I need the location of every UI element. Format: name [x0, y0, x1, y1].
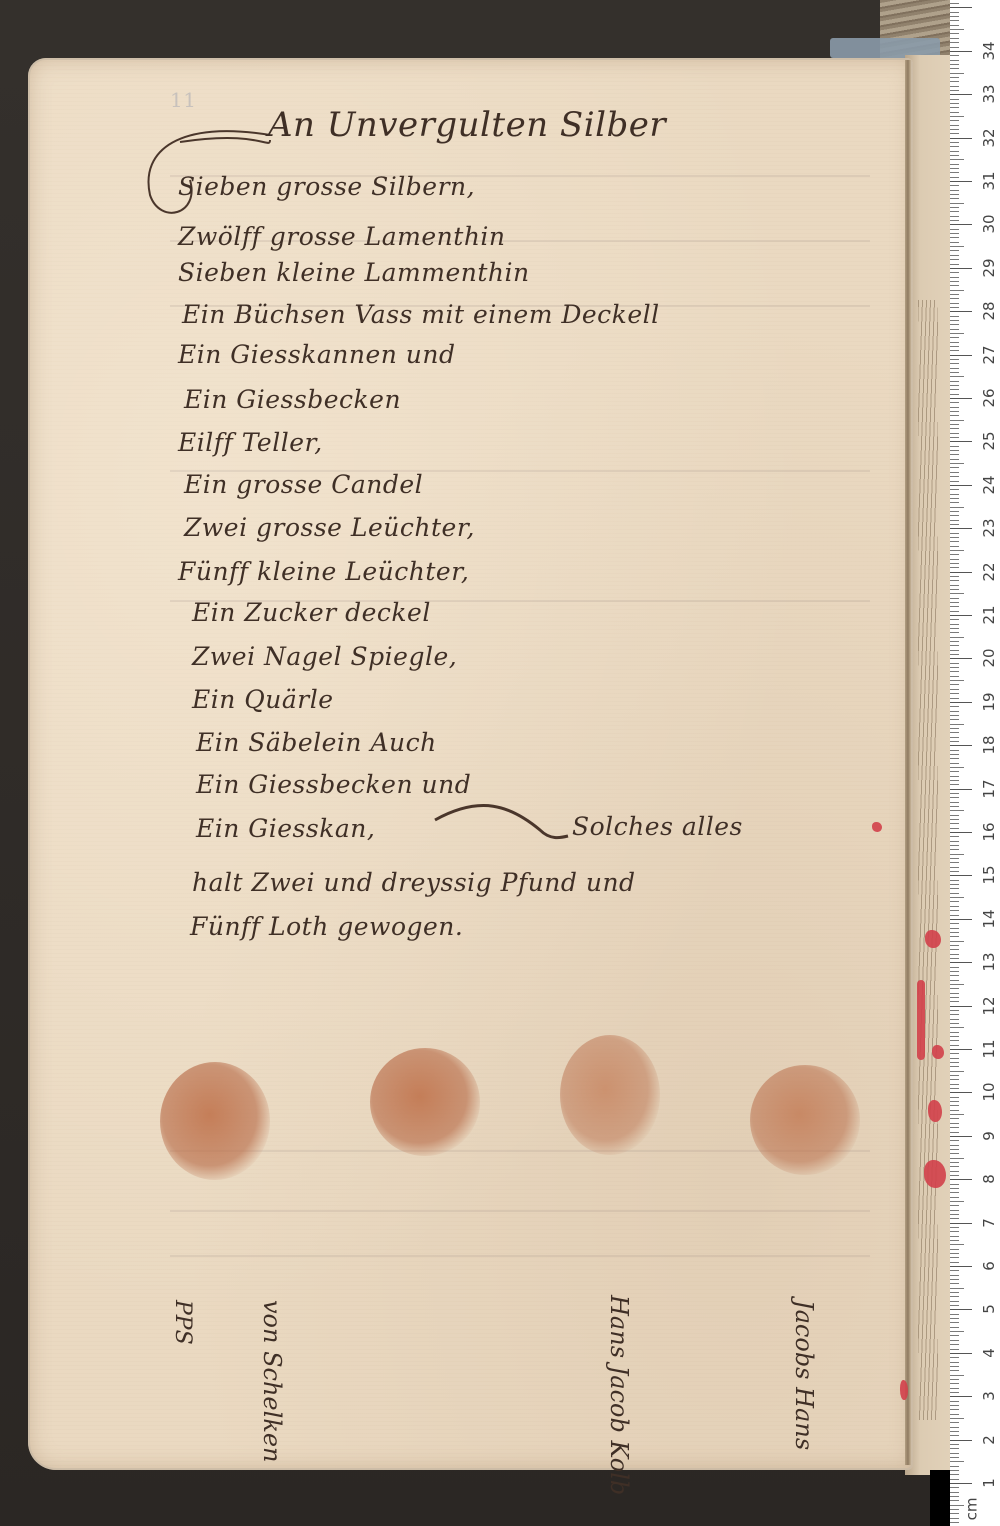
- ruler-tick: [950, 233, 959, 234]
- ruler-tick: [950, 988, 959, 989]
- ruler-tick: [950, 1001, 959, 1002]
- manuscript-line: Zwei grosse Leüchter,: [184, 513, 475, 542]
- ruler-label: 24: [981, 474, 997, 496]
- ruler-tick: [950, 641, 959, 642]
- ruler-tick: [950, 554, 959, 555]
- ruler-tick: [950, 155, 959, 156]
- ruler-tick: [950, 1513, 959, 1514]
- ruler-tick: [950, 632, 959, 633]
- ruler-tick: [950, 1032, 959, 1033]
- ruler-tick: [950, 290, 964, 291]
- ruler-tick: [950, 1132, 959, 1133]
- ruler-tick: [950, 229, 959, 230]
- ruler-tick: [950, 867, 959, 868]
- ruler-tick: [950, 259, 959, 260]
- ruler-tick: [950, 1201, 964, 1202]
- ruler-tick: [950, 33, 959, 34]
- ruler-tick: [950, 1522, 959, 1523]
- ruler-label: 16: [981, 821, 997, 843]
- ruler-tick: [950, 7, 972, 8]
- ruler-tick: [950, 224, 972, 225]
- red-wax-fragment: [925, 930, 941, 948]
- ruler-label: 9: [981, 1125, 997, 1147]
- ruler-tick: [950, 1479, 959, 1480]
- ruler-tick: [950, 337, 959, 338]
- ruler-tick: [950, 86, 959, 87]
- ruler-tick: [950, 1127, 959, 1128]
- ruler-tick: [950, 1214, 959, 1215]
- ruler-tick: [950, 533, 959, 534]
- ruler-tick: [950, 698, 959, 699]
- ruler-tick: [950, 307, 959, 308]
- ruler-tick: [950, 1205, 959, 1206]
- manuscript-line: Zwölff grosse Lamenthin: [178, 222, 506, 251]
- ruler-tick: [950, 1301, 959, 1302]
- ruler-tick: [950, 693, 959, 694]
- ruler-tick: [950, 20, 959, 21]
- manuscript-line: Fünff kleine Leüchter,: [178, 557, 469, 586]
- scan-background-corner: [930, 1470, 950, 1526]
- ruler-tick: [950, 1518, 959, 1519]
- ruler-tick: [950, 463, 964, 464]
- ruler-tick: [950, 919, 972, 920]
- ruler-tick: [950, 1019, 959, 1020]
- ruler-tick: [950, 541, 959, 542]
- ruler-tick: [950, 177, 959, 178]
- ruler-label: 6: [981, 1255, 997, 1277]
- red-wax-fragment: [900, 1380, 908, 1400]
- manuscript-line: Ein Giesskan,: [196, 814, 375, 843]
- ruler-tick: [950, 277, 959, 278]
- ruler-tick: [950, 745, 972, 746]
- ruler-tick: [950, 880, 959, 881]
- ruler-tick: [950, 368, 959, 369]
- ruler-tick: [950, 168, 959, 169]
- ruler-tick: [950, 1370, 959, 1371]
- ruler-tick: [950, 702, 972, 703]
- ruler-tick: [950, 103, 959, 104]
- ruler-tick: [950, 1097, 959, 1098]
- ruler-tick: [950, 611, 959, 612]
- ruler-tick: [950, 945, 959, 946]
- ruler-label: 20: [981, 647, 997, 669]
- ruler-tick: [950, 789, 972, 790]
- ruler-tick: [950, 203, 964, 204]
- ruler-tick: [950, 615, 972, 616]
- ruler-tick: [950, 3, 959, 4]
- ruler-tick: [950, 1036, 959, 1037]
- ruler-tick: [950, 528, 972, 529]
- ruler-tick: [950, 16, 959, 17]
- ruler-tick: [950, 524, 959, 525]
- ruler-tick: [950, 47, 959, 48]
- bracket-flourish: [430, 800, 570, 860]
- ruler-label: 3: [981, 1385, 997, 1407]
- ruler-tick: [950, 888, 959, 889]
- ruler-tick: [950, 112, 959, 113]
- ruler-tick: [950, 1223, 972, 1224]
- ruler-tick: [950, 884, 959, 885]
- ruler-tick: [950, 1388, 959, 1389]
- ruler-tick: [950, 255, 959, 256]
- ruler-tick: [950, 515, 959, 516]
- ruler-tick: [950, 1171, 959, 1172]
- manuscript-line: Ein Säbelein Auch: [196, 728, 437, 757]
- ruler-tick: [950, 628, 959, 629]
- ruler-tick: [950, 793, 959, 794]
- bleed-through-line: [170, 1255, 870, 1257]
- ruler-tick: [950, 1197, 959, 1198]
- ruler-tick: [950, 29, 964, 30]
- manuscript-line: Ein Giessbecken: [184, 385, 401, 414]
- ruler-tick: [950, 185, 959, 186]
- ruler-tick: [950, 420, 964, 421]
- ruler-tick: [950, 42, 959, 43]
- ruler-tick: [950, 1396, 972, 1397]
- ruler-tick: [950, 1153, 959, 1154]
- ruler-label: 19: [981, 691, 997, 713]
- ruler-tick: [950, 1062, 959, 1063]
- ruler-tick: [950, 446, 959, 447]
- ruler-tick: [950, 719, 959, 720]
- ruler-tick: [950, 923, 959, 924]
- ruler-tick: [950, 650, 959, 651]
- ruler-tick: [950, 172, 959, 173]
- ruler-tick: [950, 706, 959, 707]
- ruler-tick: [950, 941, 964, 942]
- ruler-tick: [950, 385, 959, 386]
- ruler-tick: [950, 450, 959, 451]
- ruler-tick: [950, 750, 959, 751]
- ruler-tick: [950, 763, 959, 764]
- ruler-tick: [950, 329, 959, 330]
- ruler-tick: [950, 1175, 959, 1176]
- ruler-tick: [950, 1344, 959, 1345]
- ruler-tick: [950, 1023, 959, 1024]
- ruler-tick: [950, 298, 959, 299]
- gutter-fold: [905, 60, 911, 1465]
- ruler-tick: [950, 433, 959, 434]
- ruler-tick: [950, 507, 964, 508]
- ruler-tick: [950, 437, 959, 438]
- ruler-tick: [950, 1414, 959, 1415]
- ruler-tick: [950, 1114, 964, 1115]
- ruler-tick: [950, 411, 959, 412]
- ruler-tick: [950, 38, 959, 39]
- ruler-tick: [950, 910, 959, 911]
- ruler-tick: [950, 871, 959, 872]
- ruler-tick: [950, 285, 959, 286]
- ruler-tick: [950, 928, 959, 929]
- ruler-tick: [950, 350, 959, 351]
- ruler-tick: [950, 90, 959, 91]
- ruler-tick: [950, 832, 972, 833]
- ruler-tick: [950, 958, 959, 959]
- ruler-label: 8: [981, 1168, 997, 1190]
- ruler-tick: [950, 676, 959, 677]
- ruler-tick: [950, 1322, 959, 1323]
- ruler-tick: [950, 1279, 959, 1280]
- ruler-tick: [950, 754, 959, 755]
- ruler-tick: [950, 51, 972, 52]
- ruler-tick: [950, 211, 959, 212]
- ruler-tick: [950, 932, 959, 933]
- ruler-tick: [950, 294, 959, 295]
- ruler-tick: [950, 494, 959, 495]
- ruler-tick: [950, 1335, 959, 1336]
- wax-seal: [750, 1065, 860, 1175]
- ruler-tick: [950, 1392, 959, 1393]
- ruler-tick: [950, 1162, 959, 1163]
- ruler-label: 18: [981, 734, 997, 756]
- ruler-label: 28: [981, 300, 997, 322]
- ruler-tick: [950, 376, 964, 377]
- ruler-tick: [950, 724, 964, 725]
- ruler-tick: [950, 936, 959, 937]
- ruler-tick: [950, 1244, 964, 1245]
- red-wax-fragment: [924, 1160, 946, 1188]
- ruler-tick: [950, 394, 959, 395]
- ruler-tick: [950, 1383, 959, 1384]
- ruler-tick: [950, 563, 959, 564]
- ruler-tick: [950, 593, 964, 594]
- ruler-tick: [950, 1427, 959, 1428]
- ruler-tick: [950, 602, 959, 603]
- ruler-tick: [950, 476, 959, 477]
- ruler-tick: [950, 415, 959, 416]
- ruler-tick: [950, 1123, 959, 1124]
- ruler-tick: [950, 606, 959, 607]
- ruler-tick: [950, 663, 959, 664]
- ruler-tick: [950, 598, 959, 599]
- ruler-tick: [950, 684, 959, 685]
- ruler-tick: [950, 1422, 959, 1423]
- ruler-tick: [950, 949, 959, 950]
- manuscript-line: Solches alles: [572, 812, 743, 841]
- ruler-tick: [950, 1492, 959, 1493]
- ruler-tick: [950, 537, 959, 538]
- ruler-tick: [950, 1457, 959, 1458]
- ruler-tick: [950, 1236, 959, 1237]
- manuscript-line: Eilff Teller,: [178, 428, 323, 457]
- ruler-tick: [950, 567, 959, 568]
- ruler-tick: [950, 1253, 959, 1254]
- ruler-tick: [950, 1314, 959, 1315]
- ruler-tick: [950, 1231, 959, 1232]
- ruler-tick: [950, 398, 972, 399]
- ruler-tick: [950, 194, 959, 195]
- ruler-tick: [950, 728, 959, 729]
- ruler-tick: [950, 1366, 959, 1367]
- ruler-tick: [950, 954, 959, 955]
- ruler-tick: [950, 810, 964, 811]
- binding-thread: [918, 300, 938, 1420]
- manuscript-line: halt Zwei und dreyssig Pfund und: [192, 868, 636, 897]
- ruler-tick: [950, 129, 959, 130]
- ruler-tick: [950, 1149, 959, 1150]
- ruler-tick: [950, 320, 959, 321]
- ruler-tick: [950, 784, 959, 785]
- ruler-tick: [950, 1075, 959, 1076]
- ruler-tick: [950, 1240, 959, 1241]
- ruler-tick: [950, 1058, 959, 1059]
- ruler-tick: [950, 580, 959, 581]
- ruler-tick: [950, 711, 959, 712]
- manuscript-line: Fünff Loth gewogen.: [190, 912, 463, 941]
- ruler-tick: [950, 1045, 959, 1046]
- ruler-tick: [950, 1210, 959, 1211]
- ruler-tick: [950, 64, 959, 65]
- manuscript-line: Ein Giessbecken und: [196, 770, 471, 799]
- ruler-tick: [950, 138, 972, 139]
- ruler-tick: [950, 737, 959, 738]
- ruler-label: 17: [981, 778, 997, 800]
- ruler-tick: [950, 624, 959, 625]
- ruler-tick: [950, 1145, 959, 1146]
- wax-seal: [560, 1035, 660, 1155]
- ruler-tick: [950, 198, 959, 199]
- ruler-tick: [950, 1110, 959, 1111]
- ruler-tick: [950, 1188, 959, 1189]
- document-heading: An Unvergulten Silber: [268, 105, 666, 145]
- ruler-tick: [950, 645, 959, 646]
- ruler-tick: [950, 637, 964, 638]
- ruler-tick: [950, 980, 959, 981]
- ruler-label: 10: [981, 1081, 997, 1103]
- ruler-tick: [950, 68, 959, 69]
- ruler-tick: [950, 572, 972, 573]
- ruler-tick: [950, 1483, 972, 1484]
- ruler-tick: [950, 667, 959, 668]
- ruler-label: 27: [981, 344, 997, 366]
- signature: Hans Jacob Kolb: [605, 1295, 633, 1495]
- ruler-tick: [950, 1431, 959, 1432]
- ruler-tick: [950, 875, 972, 876]
- ruler-label: 33: [981, 83, 997, 105]
- ruler-tick: [950, 1379, 959, 1380]
- ruler-tick: [950, 975, 959, 976]
- red-wax-fragment: [932, 1045, 944, 1059]
- ruler-tick: [950, 146, 959, 147]
- ruler-tick: [950, 324, 959, 325]
- ruler-tick: [950, 333, 964, 334]
- ruler-tick: [950, 1049, 972, 1050]
- ruler-tick: [950, 107, 959, 108]
- ruler-tick: [950, 1079, 959, 1080]
- bleed-through-line: [170, 1210, 870, 1212]
- ruler-tick: [950, 806, 959, 807]
- ruler-tick: [950, 190, 959, 191]
- ruler-tick: [950, 346, 959, 347]
- ruler-tick: [950, 220, 959, 221]
- ruler-label: 26: [981, 387, 997, 409]
- ruler-tick: [950, 268, 972, 269]
- ruler-tick: [950, 823, 959, 824]
- ruler-label: 22: [981, 561, 997, 583]
- manuscript-line: Ein Büchsen Vass mit einem Deckell: [182, 300, 660, 329]
- ruler-tick: [950, 589, 959, 590]
- ruler-tick: [950, 1249, 959, 1250]
- ruler-tick: [950, 441, 972, 442]
- ruler-tick: [950, 164, 959, 165]
- ruler-tick: [950, 1466, 959, 1467]
- ruler-tick: [950, 216, 959, 217]
- ruler-tick: [950, 1349, 959, 1350]
- ruler-tick: [950, 1275, 959, 1276]
- ruler-tick: [950, 1227, 959, 1228]
- ruler-tick: [950, 1305, 959, 1306]
- ruler-tick: [950, 1184, 959, 1185]
- ruler-tick: [950, 1435, 959, 1436]
- ruler-tick: [950, 654, 959, 655]
- ruler-tick: [950, 797, 959, 798]
- ruler-tick: [950, 858, 959, 859]
- ruler-tick: [950, 758, 959, 759]
- ruler-tick: [950, 389, 959, 390]
- ruler-label: 21: [981, 604, 997, 626]
- ruler-tick: [950, 1296, 959, 1297]
- ruler-tick: [950, 1140, 959, 1141]
- ruler-tick: [950, 489, 959, 490]
- ruler-tick: [950, 901, 959, 902]
- ruler-tick: [950, 732, 959, 733]
- ruler-tick: [950, 1166, 959, 1167]
- ruler-tick: [950, 689, 959, 690]
- ruler-label: 7: [981, 1212, 997, 1234]
- ruler-tick: [950, 1084, 959, 1085]
- ruler-tick: [950, 1027, 964, 1028]
- ruler-tick: [950, 849, 959, 850]
- ruler-tick: [950, 550, 964, 551]
- ruler-tick: [950, 1292, 959, 1293]
- ruler-tick: [950, 854, 964, 855]
- ruler-tick: [950, 559, 959, 560]
- ruler-tick: [950, 1288, 964, 1289]
- ruler-tick: [950, 381, 959, 382]
- ruler-tick: [950, 481, 959, 482]
- ruler-tick: [950, 1118, 959, 1119]
- ruler-tick: [950, 1331, 964, 1332]
- ruler-tick: [950, 802, 959, 803]
- wax-seal: [160, 1062, 270, 1180]
- ruler-tick: [950, 467, 959, 468]
- ruler-tick: [950, 897, 964, 898]
- ruler-tick: [950, 1105, 959, 1106]
- ruler-tick: [950, 1266, 972, 1267]
- ruler-tick: [950, 1283, 959, 1284]
- ruler-tick: [950, 971, 959, 972]
- ruler-tick: [950, 585, 959, 586]
- ruler-tick: [950, 997, 959, 998]
- ruler-tick: [950, 25, 959, 26]
- ruler-tick: [950, 372, 959, 373]
- ruler-tick: [950, 1071, 964, 1072]
- signature: PPS: [170, 1300, 195, 1345]
- ruler-tick: [950, 151, 959, 152]
- ruler-tick: [950, 1262, 959, 1263]
- ruler-tick: [950, 424, 959, 425]
- ruler-tick: [950, 671, 959, 672]
- ruler-tick: [950, 819, 959, 820]
- ruler-tick: [950, 272, 959, 273]
- faint-page-number: 11: [170, 88, 196, 112]
- ruler-tick: [950, 237, 959, 238]
- ruler-tick: [950, 1357, 959, 1358]
- ruler-tick: [950, 1088, 959, 1089]
- ruler-tick: [950, 741, 959, 742]
- ruler-tick: [950, 355, 972, 356]
- red-wax-fragment: [928, 1100, 942, 1122]
